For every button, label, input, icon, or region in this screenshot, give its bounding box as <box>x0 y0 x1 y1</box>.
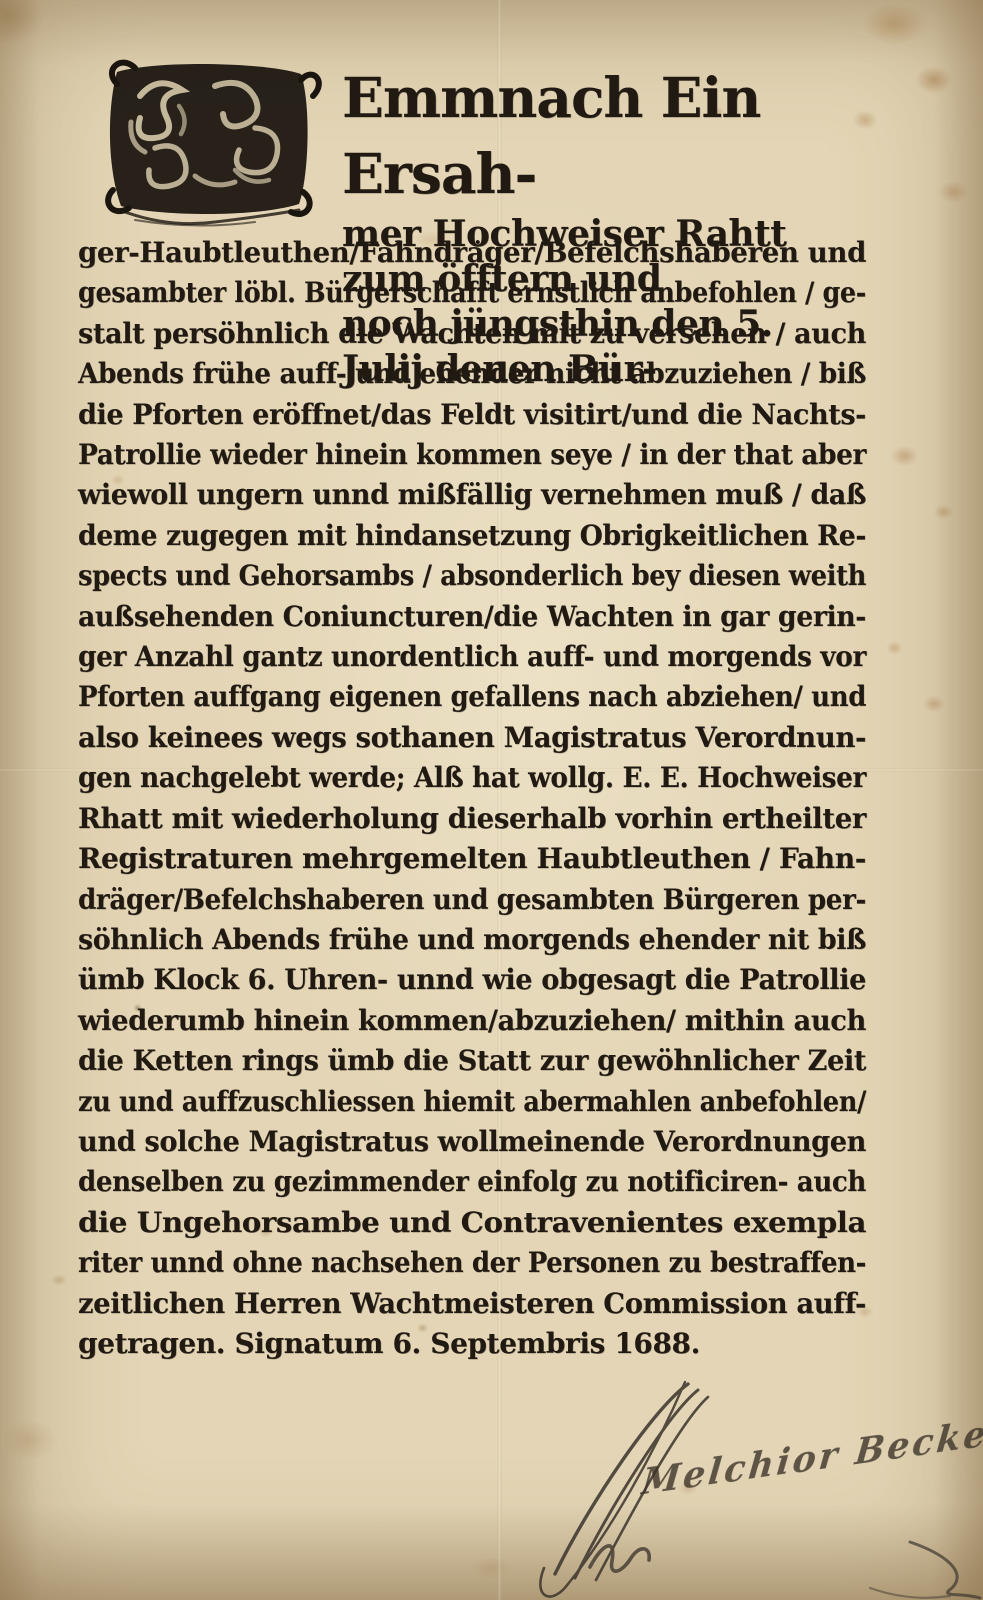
text-line-content: Abends frühe auff- und ehender nicht abz… <box>78 354 866 394</box>
text-line: dräger/Befelchshaberen und gesambten Bür… <box>78 880 866 920</box>
text-line: ger Anzahl gantz unordentlich auff- und … <box>78 637 866 677</box>
text-line-content: stalt persöhnlich die Wachten mit zu ver… <box>78 314 866 354</box>
text-line: Abends frühe auff- und ehender nicht abz… <box>78 354 866 394</box>
text-line: Registraturen mehrgemelten Haubtleuthen … <box>78 839 866 879</box>
text-line: gesambter löbl. Bürgerschafft ernstlich … <box>78 273 866 313</box>
woodcut-initial-icon <box>95 58 325 228</box>
text-line-content: gesambter löbl. Bürgerschafft ernstlich … <box>78 273 866 313</box>
text-line: deme zugegen mit hindansetzung Obrigkeit… <box>78 516 866 556</box>
text-line: riter unnd ohne nachsehen der Personen z… <box>78 1243 866 1283</box>
text-line-content: ger Anzahl gantz unordentlich auff- und … <box>78 637 866 677</box>
broadside-document: Emmnach Ein Ersah- mer Hochweiser Rahtt … <box>0 0 983 1600</box>
text-line: und solche Magistratus wollmeinende Vero… <box>78 1122 866 1162</box>
text-line-content: die Pforten eröffnet/das Feldt visitirt/… <box>78 395 866 435</box>
text-line-content: Patrollie wieder hinein kommen seye / in… <box>78 435 866 475</box>
text-line: Patrollie wieder hinein kommen seye / in… <box>78 435 866 475</box>
text-line-content: denselben zu gezimmender einfolg zu noti… <box>78 1162 866 1202</box>
text-line-content: Registraturen mehrgemelten Haubtleuthen … <box>78 839 866 879</box>
text-line-content: spects und Gehorsambs / absonderlich bey… <box>78 556 866 596</box>
text-line-content: riter unnd ohne nachsehen der Personen z… <box>78 1243 866 1283</box>
text-line-content: wiederumb hinein kommen/abzuziehen/ mith… <box>78 1001 866 1041</box>
text-line: getragen. Signatum 6. Septembris 1688. <box>78 1324 866 1364</box>
text-line-content: ümb Klock 6. Uhren- unnd wie obgesagt di… <box>78 960 866 1000</box>
text-line: zeitlichen Herren Wachtmeisteren Commiss… <box>78 1284 866 1324</box>
text-line-content: wiewoll ungern unnd mißfällig vernehmen … <box>78 475 866 515</box>
text-line: also keinees wegs sothanen Magistratus V… <box>78 718 866 758</box>
text-line: zu und auffzuschliessen hiemit abermahle… <box>78 1082 866 1122</box>
text-line: Rhatt mit wiederholung dieserhalb vorhin… <box>78 799 866 839</box>
text-line-content: Pforten auffgang eigenen gefallens nach … <box>78 677 866 717</box>
text-line: Pforten auffgang eigenen gefallens nach … <box>78 677 866 717</box>
body-text: ger-Haubtleuthen/Fahndräger/Befelchshabe… <box>78 233 866 1364</box>
text-line-content: außsehenden Coniuncturen/die Wachten in … <box>78 597 866 637</box>
text-line: gen nachgelebt werde; Alß hat wollg. E. … <box>78 758 866 798</box>
text-line: stalt persöhnlich die Wachten mit zu ver… <box>78 314 866 354</box>
text-line-content: söhnlich Abends frühe und morgends ehend… <box>78 920 866 960</box>
text-line-content: zeitlichen Herren Wachtmeisteren Commiss… <box>78 1284 866 1324</box>
ornate-initial-D <box>95 58 325 228</box>
printed-text-block: Emmnach Ein Ersah- mer Hochweiser Rahtt … <box>0 0 983 1600</box>
text-line: außsehenden Coniuncturen/die Wachten in … <box>78 597 866 637</box>
text-line-content: gen nachgelebt werde; Alß hat wollg. E. … <box>78 758 866 798</box>
text-line-content: zu und auffzuschliessen hiemit abermahle… <box>78 1082 866 1122</box>
headline-line-1: Emmnach Ein Ersah- <box>342 60 862 212</box>
text-line-content: also keinees wegs sothanen Magistratus V… <box>78 718 866 758</box>
text-line: söhnlich Abends frühe und morgends ehend… <box>78 920 866 960</box>
text-line-content: getragen. Signatum 6. Septembris 1688. <box>78 1327 700 1360</box>
text-line: ümb Klock 6. Uhren- unnd wie obgesagt di… <box>78 960 866 1000</box>
text-line: spects und Gehorsambs / absonderlich bey… <box>78 556 866 596</box>
text-line: ger-Haubtleuthen/Fahndräger/Befelchshabe… <box>78 233 866 273</box>
text-line-content: die Ketten rings ümb die Statt zur gewöh… <box>78 1041 866 1081</box>
text-line: wiewoll ungern unnd mißfällig vernehmen … <box>78 475 866 515</box>
text-line: die Ketten rings ümb die Statt zur gewöh… <box>78 1041 866 1081</box>
text-line: die Pforten eröffnet/das Feldt visitirt/… <box>78 395 866 435</box>
text-line: denselben zu gezimmender einfolg zu noti… <box>78 1162 866 1202</box>
text-line-content: Rhatt mit wiederholung dieserhalb vorhin… <box>78 799 866 839</box>
text-line-content: deme zugegen mit hindansetzung Obrigkeit… <box>78 516 866 556</box>
text-line: die Ungehorsambe und Contravenientes exe… <box>78 1203 866 1243</box>
text-line-content: die Ungehorsambe und Contravenientes exe… <box>78 1203 866 1243</box>
text-line-content: und solche Magistratus wollmeinende Vero… <box>78 1122 866 1162</box>
text-line-content: ger-Haubtleuthen/Fahndräger/Befelchshabe… <box>78 233 866 273</box>
text-line-content: dräger/Befelchshaberen und gesambten Bür… <box>78 880 866 920</box>
text-line: wiederumb hinein kommen/abzuziehen/ mith… <box>78 1001 866 1041</box>
